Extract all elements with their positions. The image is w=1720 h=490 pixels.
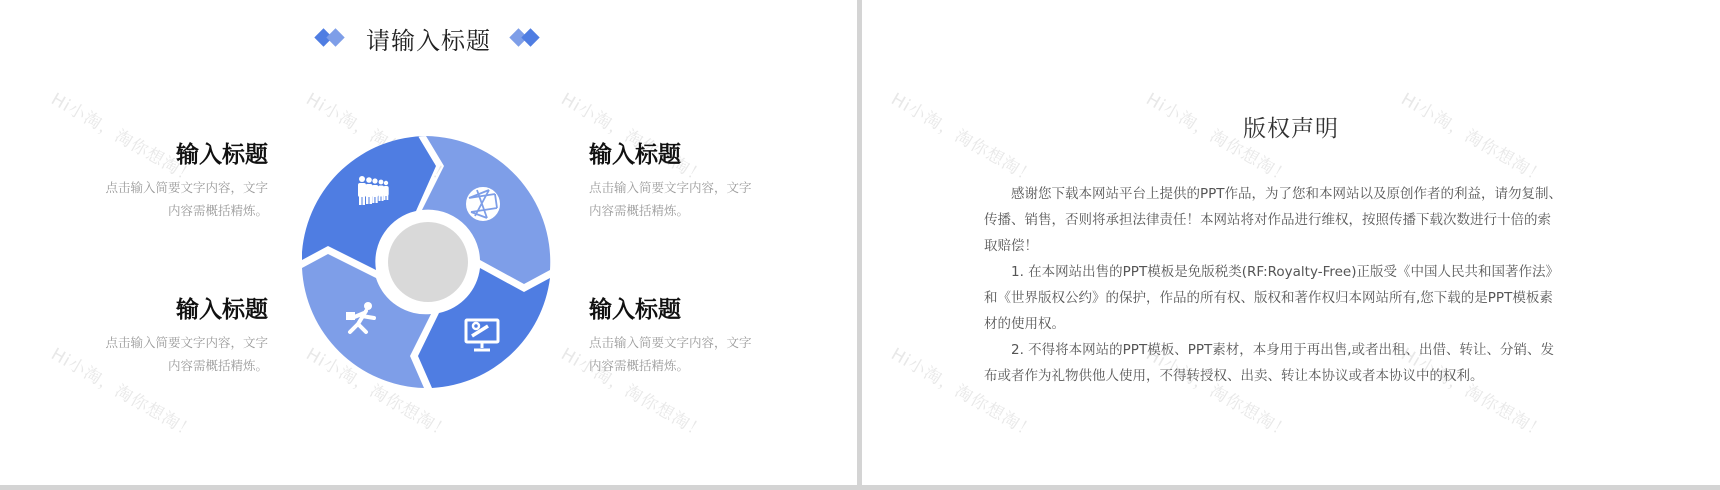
cycle-diagram	[298, 132, 558, 392]
diamond-decoration-icon	[509, 28, 543, 48]
item-description[interactable]: 点击输入简要文字内容，文字 内容需概括精炼。	[68, 331, 268, 377]
copyright-body[interactable]: 感谢您下载本网站平台上提供的PPT作品，为了您和本网站以及原创作者的利益，请勿复…	[984, 181, 1594, 389]
item-top-left[interactable]: 输入标题 点击输入简要文字内容，文字 内容需概括精炼。	[68, 140, 268, 222]
item-top-right[interactable]: 输入标题 点击输入简要文字内容，文字 内容需概括精炼。	[589, 140, 789, 222]
item-description[interactable]: 点击输入简要文字内容，文字 内容需概括精炼。	[68, 176, 268, 222]
globe-network-icon	[467, 188, 499, 220]
center-circle	[388, 222, 468, 302]
diamond-decoration-icon	[314, 28, 348, 48]
item-description[interactable]: 点击输入简要文字内容，文字 内容需概括精炼。	[589, 176, 789, 222]
title-row: 请输入标题	[0, 20, 857, 56]
item-bottom-right[interactable]: 输入标题 点击输入简要文字内容，文字 内容需概括精炼。	[589, 295, 789, 377]
item-title[interactable]: 输入标题	[589, 295, 789, 325]
bottom-bar	[0, 485, 1720, 490]
item-title[interactable]: 输入标题	[68, 295, 268, 325]
slide-left: Hi小淘，淘你想淘！ Hi小淘，淘你想淘！ Hi小淘，淘你想淘！ Hi小淘，淘你…	[0, 0, 857, 485]
copyright-title[interactable]: 版权声明	[862, 110, 1720, 143]
item-title[interactable]: 输入标题	[68, 140, 268, 170]
page-title[interactable]: 请输入标题	[366, 21, 491, 56]
item-title[interactable]: 输入标题	[589, 140, 789, 170]
item-description[interactable]: 点击输入简要文字内容，文字 内容需概括精炼。	[589, 331, 789, 377]
item-bottom-left[interactable]: 输入标题 点击输入简要文字内容，文字 内容需概括精炼。	[68, 295, 268, 377]
slide-right: Hi小淘，淘你想淘！ Hi小淘，淘你想淘！ Hi小淘，淘你想淘！ Hi小淘，淘你…	[862, 0, 1720, 485]
